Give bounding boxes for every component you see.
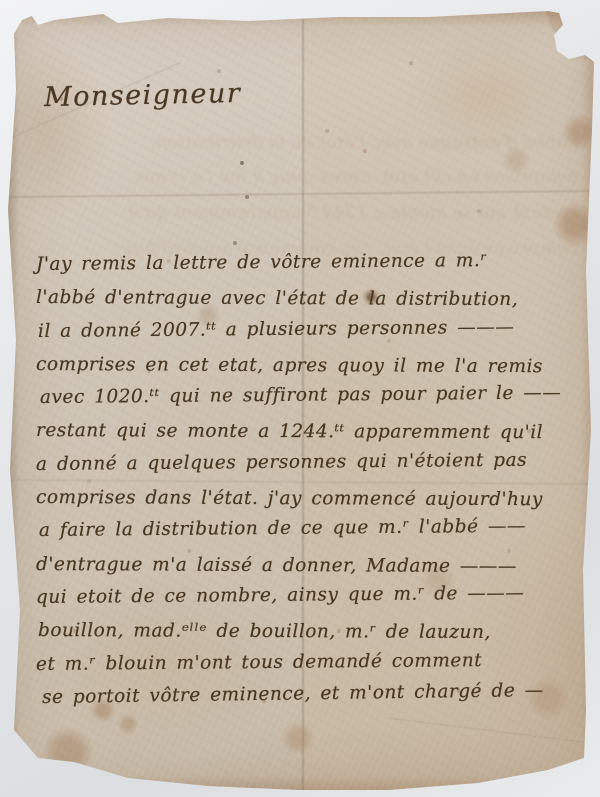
letter-line: il a donné 2007.ᵗᵗ a plusieurs personnes… [38, 310, 584, 348]
salutation: Monseigneur [44, 80, 242, 111]
ink-bleedthrough: comprises en cet etat, apres quoy il me … [26, 162, 578, 192]
ink-bleedthrough: l'abbé d'entrague avec l'état de la dist… [26, 128, 578, 158]
letter-line: a donné a quelques personnes qui n'étoie… [36, 443, 584, 481]
letter-line: qui etoit de ce nombre, ainsy que m.ʳ de… [36, 576, 584, 614]
letter-line: J'ay remis la lettre de vôtre eminence a… [36, 243, 584, 281]
letter-line: a faire la distribution de ce que m.ʳ l'… [39, 510, 584, 548]
ink-bleedthrough: restant qui se monte a 1244.ᵗᵗ apparemme… [26, 198, 578, 228]
letter-paper: l'abbé d'entrague avec l'état de la dist… [8, 10, 594, 790]
paper-freckles [8, 10, 10, 12]
photo-background: l'abbé d'entrague avec l'état de la dist… [0, 0, 600, 797]
letter-line: avec 1020.ᵗᵗ qui ne suffiront pas pour p… [40, 376, 584, 414]
letter-body: J'ay remis la lettre de vôtre eminence a… [36, 248, 584, 714]
letter-line: se portoit vôtre eminence, et m'ont char… [42, 673, 584, 714]
